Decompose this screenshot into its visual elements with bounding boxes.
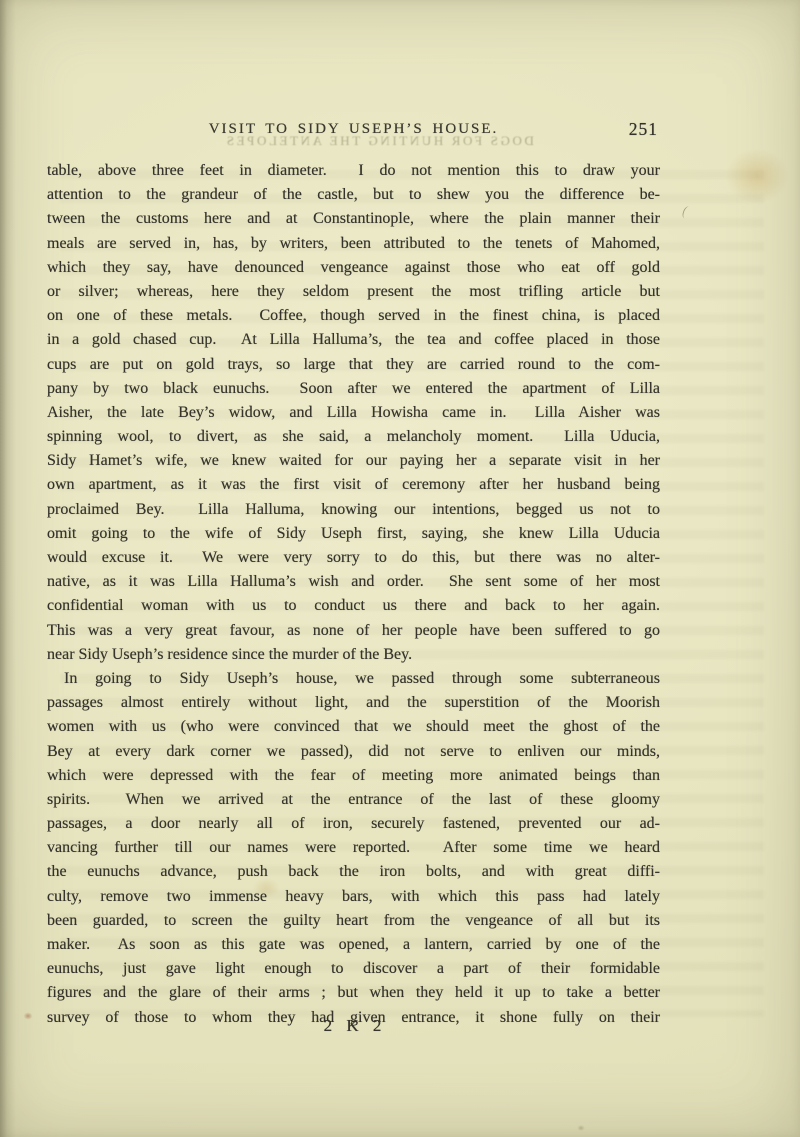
- text-line: cups are put on gold trays, so large tha…: [47, 353, 660, 377]
- text-line: passages, a door nearly all of iron, sec…: [47, 812, 660, 836]
- text-line: in a gold chased cup. At Lilla Halluma’s…: [47, 328, 660, 352]
- text-line: table, above three feet in diameter. I d…: [47, 159, 660, 183]
- text-line: Bey at every dark corner we passed), did…: [47, 740, 660, 764]
- signature-mark: 2 K 2: [47, 1016, 660, 1036]
- text-line: native, as it was Lilla Halluma’s wish a…: [47, 570, 660, 594]
- text-line: This was a very great favour, as none of…: [47, 619, 660, 643]
- text-line: omit going to the wife of Sidy Useph fir…: [47, 522, 660, 546]
- text-line: Aisher, the late Bey’s widow, and Lilla …: [47, 401, 660, 425]
- text-line: attention to the grandeur of the castle,…: [47, 183, 660, 207]
- text-line: women with us (who were convinced that w…: [47, 715, 660, 739]
- text-line: figures and the glare of their arms ; bu…: [47, 981, 660, 1005]
- text-line: own apartment, as it was the first visit…: [47, 473, 660, 497]
- foxing-stain-top-right: [735, 155, 780, 197]
- text-line: vancing further till our names were repo…: [47, 836, 660, 860]
- text-line: spirits. When we arrived at the entrance…: [47, 788, 660, 812]
- book-page: VISIT TO SIDY USEPH’S HOUSE. 251 DOGS FO…: [0, 0, 800, 1137]
- text-line: In going to Sidy Useph’s house, we passe…: [47, 667, 660, 691]
- text-line: tween the customs here and at Constantin…: [47, 207, 660, 231]
- text-line: near Sidy Useph’s residence since the mu…: [47, 643, 660, 667]
- pen-mark: [681, 205, 693, 220]
- text-line: proclaimed Bey. Lilla Halluma, knowing o…: [47, 498, 660, 522]
- running-title: VISIT TO SIDY USEPH’S HOUSE.: [47, 121, 660, 138]
- text-line: maker. As soon as this gate was opened, …: [47, 933, 660, 957]
- text-line: spinning wool, to divert, as she said, a…: [47, 425, 660, 449]
- text-line: culty, remove two immense heavy bars, wi…: [47, 885, 660, 909]
- text-line: Sidy Hamet’s wife, we knew waited for ou…: [47, 449, 660, 473]
- text-line: been guarded, to screen the guilty heart…: [47, 909, 660, 933]
- text-line: which they say, have denounced vengeance…: [47, 256, 660, 280]
- text-line: meals are served in, has, by writers, be…: [47, 232, 660, 256]
- text-line: pany by two black eunuchs. Soon after we…: [47, 377, 660, 401]
- text-line: on one of these metals. Coffee, though s…: [47, 304, 660, 328]
- text-line: the eunuchs advance, push back the iron …: [47, 860, 660, 884]
- text-line: eunuchs, just gave light enough to disco…: [47, 957, 660, 981]
- page-number: 251: [629, 119, 658, 140]
- body-text: table, above three feet in diameter. I d…: [47, 159, 660, 1030]
- text-line: passages almost entirely without light, …: [47, 691, 660, 715]
- text-line: or silver; whereas, here they seldom pre…: [47, 280, 660, 304]
- page-header: VISIT TO SIDY USEPH’S HOUSE. 251: [47, 121, 660, 143]
- text-line: confidential woman with us to conduct us…: [47, 594, 660, 618]
- text-line: which were depressed with the fear of me…: [47, 764, 660, 788]
- text-line: would excuse it. We were very sorry to d…: [47, 546, 660, 570]
